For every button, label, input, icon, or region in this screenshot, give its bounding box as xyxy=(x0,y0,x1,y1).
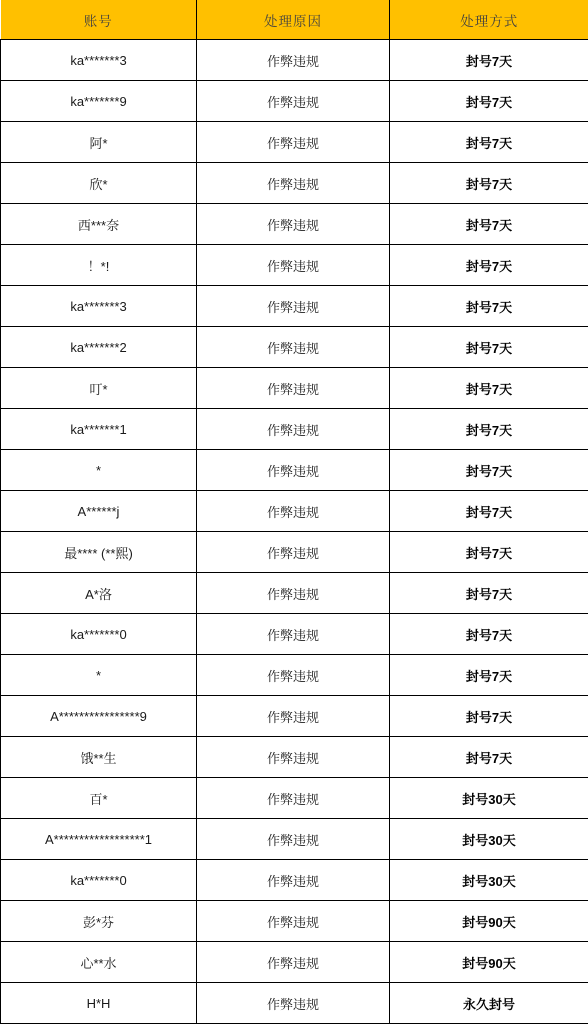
action-cell: 封号7天 xyxy=(390,450,588,491)
account-cell: 叮* xyxy=(1,368,197,409)
account-cell: ka*******3 xyxy=(1,40,197,81)
table-body: ka*******3作弊违规封号7天ka*******9作弊违规封号7天阿*作弊… xyxy=(1,40,588,1024)
reason-cell: 作弊违规 xyxy=(197,614,390,655)
action-cell: 封号7天 xyxy=(390,204,588,245)
reason-cell: 作弊违规 xyxy=(197,983,390,1024)
reason-cell: 作弊违规 xyxy=(197,778,390,819)
column-header-account: 账号 xyxy=(1,0,197,40)
table-row: 彭*芬作弊违规封号90天 xyxy=(1,901,588,942)
table-row: 西***奈作弊违规封号7天 xyxy=(1,204,588,245)
reason-cell: 作弊违规 xyxy=(197,819,390,860)
table-row: 百*作弊违规封号30天 xyxy=(1,778,588,819)
action-cell: 封号30天 xyxy=(390,778,588,819)
punishment-table: 账号 处理原因 处理方式 ka*******3作弊违规封号7天ka*******… xyxy=(0,0,588,1024)
account-cell: A******j xyxy=(1,491,197,532)
table-row: ka*******0作弊违规封号30天 xyxy=(1,860,588,901)
action-cell: 封号7天 xyxy=(390,122,588,163)
reason-cell: 作弊违规 xyxy=(197,942,390,983)
reason-cell: 作弊违规 xyxy=(197,204,390,245)
reason-cell: 作弊违规 xyxy=(197,122,390,163)
reason-cell: 作弊违规 xyxy=(197,573,390,614)
action-cell: 封号7天 xyxy=(390,614,588,655)
reason-cell: 作弊违规 xyxy=(197,40,390,81)
account-cell: 彭*芬 xyxy=(1,901,197,942)
reason-cell: 作弊违规 xyxy=(197,163,390,204)
action-cell: 封号7天 xyxy=(390,286,588,327)
reason-cell: 作弊违规 xyxy=(197,901,390,942)
account-cell: A****************9 xyxy=(1,696,197,737)
table-row: ka*******2作弊违规封号7天 xyxy=(1,327,588,368)
table-row: A*洛作弊违规封号7天 xyxy=(1,573,588,614)
table-row: H*H作弊违规永久封号 xyxy=(1,983,588,1024)
reason-cell: 作弊违规 xyxy=(197,327,390,368)
account-cell: * xyxy=(1,655,197,696)
reason-cell: 作弊违规 xyxy=(197,860,390,901)
account-cell: 西***奈 xyxy=(1,204,197,245)
reason-cell: 作弊违规 xyxy=(197,286,390,327)
account-cell: ka*******0 xyxy=(1,860,197,901)
account-cell: A*洛 xyxy=(1,573,197,614)
action-cell: 封号7天 xyxy=(390,532,588,573)
table-row: ka*******1作弊违规封号7天 xyxy=(1,409,588,450)
action-cell: 封号7天 xyxy=(390,245,588,286)
action-cell: 封号30天 xyxy=(390,860,588,901)
action-cell: 封号7天 xyxy=(390,409,588,450)
account-cell: ka*******3 xyxy=(1,286,197,327)
reason-cell: 作弊违规 xyxy=(197,491,390,532)
action-cell: 封号30天 xyxy=(390,819,588,860)
action-cell: 封号7天 xyxy=(390,368,588,409)
account-cell: 百* xyxy=(1,778,197,819)
table-row: 欣*作弊违规封号7天 xyxy=(1,163,588,204)
reason-cell: 作弊违规 xyxy=(197,655,390,696)
account-cell: A******************1 xyxy=(1,819,197,860)
table-header: 账号 处理原因 处理方式 xyxy=(1,0,588,40)
table-row: ka*******9作弊违规封号7天 xyxy=(1,81,588,122)
table-row: A******************1作弊违规封号30天 xyxy=(1,819,588,860)
table-row: 饿**生作弊违规封号7天 xyxy=(1,737,588,778)
account-cell: 心**水 xyxy=(1,942,197,983)
table-row: A******j作弊违规封号7天 xyxy=(1,491,588,532)
reason-cell: 作弊违规 xyxy=(197,532,390,573)
table-row: ka*******3作弊违规封号7天 xyxy=(1,286,588,327)
account-cell: H*H xyxy=(1,983,197,1024)
reason-cell: 作弊违规 xyxy=(197,81,390,122)
account-cell: ka*******1 xyxy=(1,409,197,450)
account-cell: * xyxy=(1,450,197,491)
account-cell: ka*******2 xyxy=(1,327,197,368)
action-cell: 封号7天 xyxy=(390,573,588,614)
action-cell: 封号7天 xyxy=(390,163,588,204)
action-cell: 封号90天 xyxy=(390,942,588,983)
table-row: *作弊违规封号7天 xyxy=(1,450,588,491)
reason-cell: 作弊违规 xyxy=(197,737,390,778)
reason-cell: 作弊违规 xyxy=(197,368,390,409)
account-cell: 阿* xyxy=(1,122,197,163)
action-cell: 封号7天 xyxy=(390,491,588,532)
account-cell: 欣* xyxy=(1,163,197,204)
action-cell: 封号7天 xyxy=(390,40,588,81)
account-cell: 最**** (**熙) xyxy=(1,532,197,573)
action-cell: 封号7天 xyxy=(390,737,588,778)
punishment-announcement: 账号 处理原因 处理方式 ka*******3作弊违规封号7天ka*******… xyxy=(0,0,588,1024)
table-row: 最**** (**熙)作弊违规封号7天 xyxy=(1,532,588,573)
reason-cell: 作弊违规 xyxy=(197,696,390,737)
action-cell: 封号90天 xyxy=(390,901,588,942)
action-cell: 封号7天 xyxy=(390,327,588,368)
account-cell: ka*******9 xyxy=(1,81,197,122)
account-cell: 饿**生 xyxy=(1,737,197,778)
header-row: 账号 处理原因 处理方式 xyxy=(1,0,588,40)
column-header-reason: 处理原因 xyxy=(197,0,390,40)
action-cell: 封号7天 xyxy=(390,655,588,696)
account-cell: ka*******0 xyxy=(1,614,197,655)
table-row: 叮*作弊违规封号7天 xyxy=(1,368,588,409)
action-cell: 封号7天 xyxy=(390,81,588,122)
table-row: A****************9作弊违规封号7天 xyxy=(1,696,588,737)
action-cell: 封号7天 xyxy=(390,696,588,737)
action-cell: 永久封号 xyxy=(390,983,588,1024)
table-row: ka*******0作弊违规封号7天 xyxy=(1,614,588,655)
table-row: ！*!作弊违规封号7天 xyxy=(1,245,588,286)
column-header-action: 处理方式 xyxy=(390,0,588,40)
account-cell: ！*! xyxy=(1,245,197,286)
reason-cell: 作弊违规 xyxy=(197,450,390,491)
reason-cell: 作弊违规 xyxy=(197,409,390,450)
table-row: ka*******3作弊违规封号7天 xyxy=(1,40,588,81)
table-row: 阿*作弊违规封号7天 xyxy=(1,122,588,163)
table-row: *作弊违规封号7天 xyxy=(1,655,588,696)
reason-cell: 作弊违规 xyxy=(197,245,390,286)
table-row: 心**水作弊违规封号90天 xyxy=(1,942,588,983)
